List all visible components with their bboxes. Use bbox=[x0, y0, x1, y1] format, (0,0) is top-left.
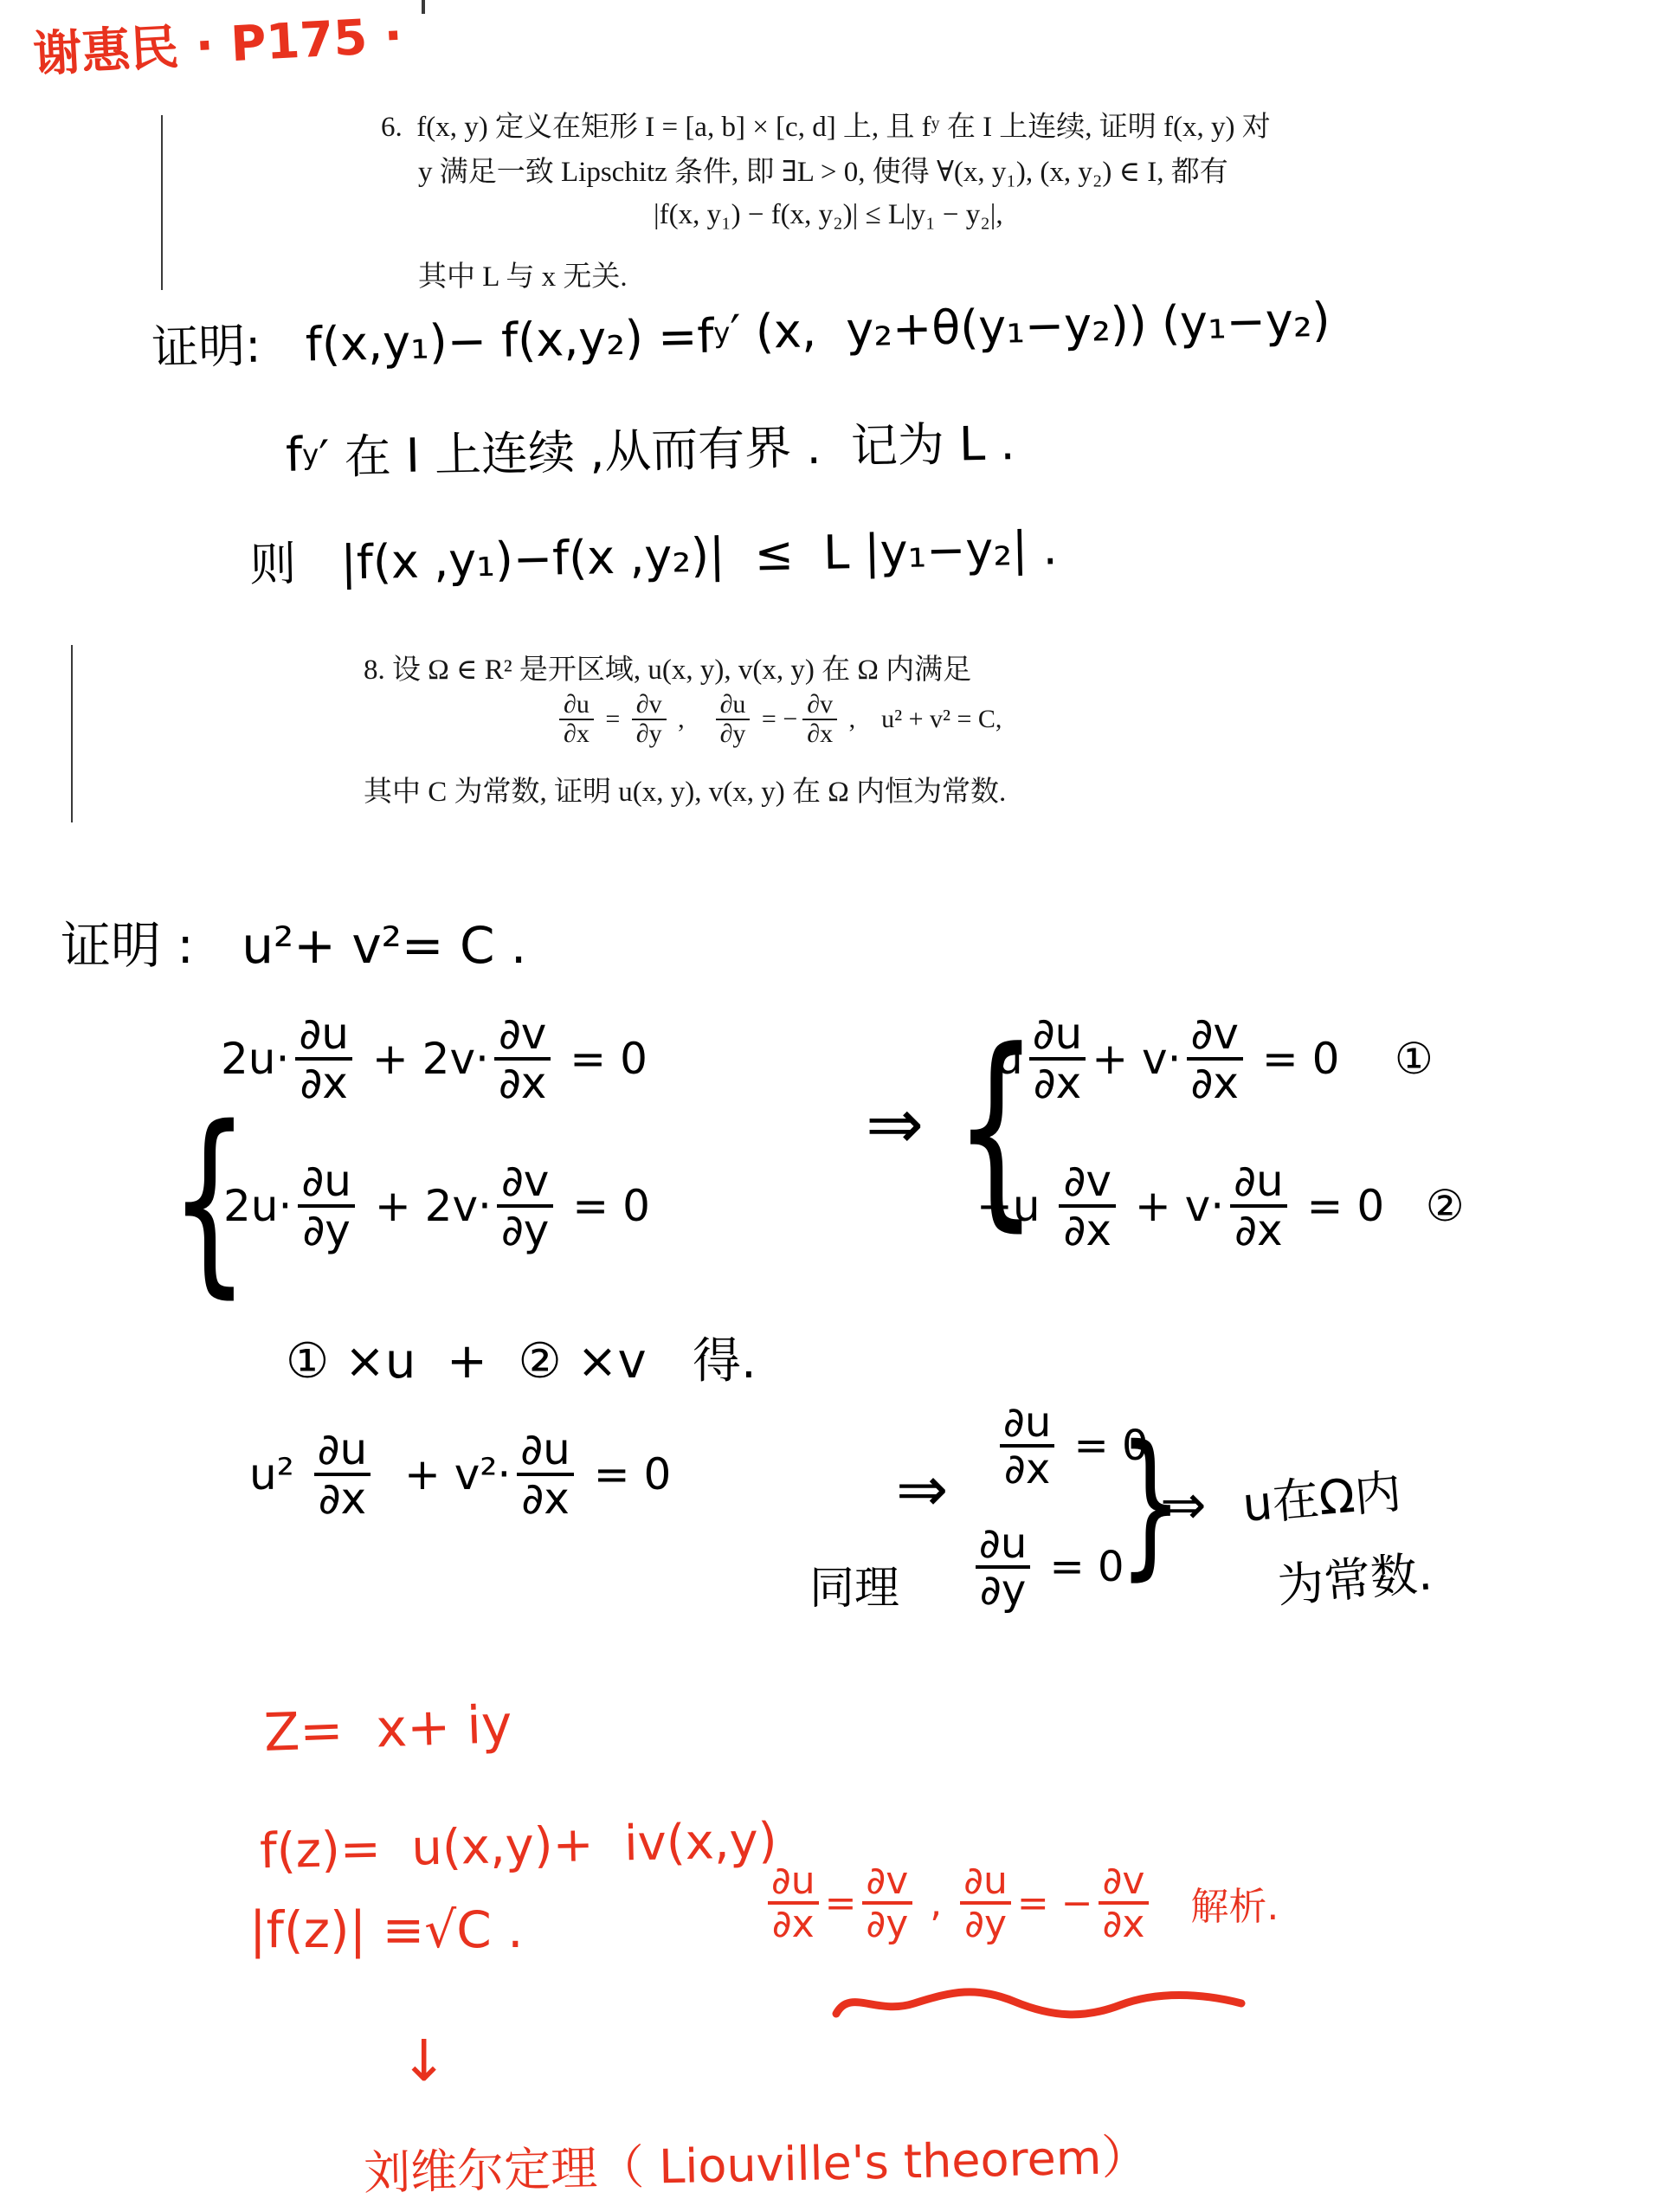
red-cauchy-riemann: ∂u∂x=∂v∂y , ∂u∂y= −∂v∂x 解析. bbox=[762, 1861, 1279, 1944]
problem6-line2: y 满足一致 Lipschitz 条件, 即 ∃L > 0, 使得 ∀(x, y… bbox=[418, 149, 1228, 190]
result-equation: u² ∂u∂x + v²·∂u∂x = 0 bbox=[249, 1427, 671, 1521]
wavy-underline bbox=[831, 1981, 1247, 2022]
margin-rule-problem6 bbox=[161, 115, 163, 290]
system2-equation1: u∂u∂x+ v·∂v∂x = 0 ① bbox=[996, 1011, 1434, 1106]
problem6-inequality: |f(x, y₁) − f(x, y₂)| ≤ L|y₁ − y₂|, bbox=[654, 199, 1003, 231]
solution6-line1: 证明: f(x,y₁)− f(x,y₂) =fy′ (x, y₂+θ(y₁−y₂… bbox=[151, 287, 1331, 378]
red-z-definition: Z= x+ iy bbox=[263, 1694, 513, 1764]
tongli-label: 同理 bbox=[809, 1551, 899, 1616]
system2-equation2: −u ∂v∂x + v·∂u∂x = 0 ② bbox=[976, 1158, 1465, 1253]
conclusion-line2: 为常数. bbox=[1274, 1536, 1434, 1615]
solution6-line3: 则 |f(x ,y₁)−f(x ,y₂)| ≤ L |y₁−y₂| . bbox=[248, 511, 1058, 595]
red-header-note: 谢惠民 · P175 · bbox=[31, 0, 404, 86]
combine-line: ① ×u + ② ×v 得. bbox=[286, 1323, 757, 1392]
system1-equation2: 2u·∂u∂y + 2v·∂v∂y = 0 bbox=[223, 1158, 650, 1253]
margin-rule-problem8 bbox=[71, 645, 73, 822]
implies-arrow-1: ⇒ bbox=[866, 1084, 924, 1164]
system1-equation1: 2u·∂u∂x + 2v·∂v∂x = 0 bbox=[221, 1011, 648, 1106]
scanned-notes-page: 谢惠民 · P175 · 6. f(x, y) 定义在矩形 I = [a, b]… bbox=[0, 0, 1656, 2212]
conclusion-line1: u在Ω内 bbox=[1240, 1454, 1404, 1535]
problem8-equations: ∂u∂x = ∂v∂y , ∂u∂y = −∂v∂x , u² + v² = C… bbox=[554, 691, 1002, 747]
problem6-line1: 6. f(x, y) 定义在矩形 I = [a, b] × [c, d] 上, … bbox=[381, 104, 1271, 145]
problem6-line4: 其中 L 与 x 无关. bbox=[418, 254, 628, 294]
implies-arrow-3: ⇒ bbox=[1160, 1474, 1207, 1538]
dudy-zero: ∂u∂y = 0 bbox=[970, 1522, 1124, 1613]
solution8-heading: 证明 : u²+ v²= C . bbox=[61, 905, 526, 977]
scan-tick-mark bbox=[422, 0, 425, 14]
red-f-definition: f(z)= u(x,y)+ iv(x,y) bbox=[259, 1813, 777, 1880]
solution6-line2: fy′ 在 I 上连续 ,从而有界 . 记为 L . bbox=[285, 406, 1015, 488]
down-arrow: ↓ bbox=[400, 2028, 448, 2094]
liouville-note: 刘维尔定理（ Liouville's theorem） bbox=[363, 2120, 1149, 2203]
problem8-line1: 8. 设 Ω ∈ R² 是开区域, u(x, y), v(x, y) 在 Ω 内… bbox=[364, 647, 971, 687]
implies-arrow-2: ⇒ bbox=[896, 1453, 948, 1525]
red-modulus-line: |f(z)| ≡√C . bbox=[249, 1900, 524, 1959]
problem8-line3: 其中 C 为常数, 证明 u(x, y), v(x, y) 在 Ω 内恒为常数. bbox=[364, 769, 1006, 809]
